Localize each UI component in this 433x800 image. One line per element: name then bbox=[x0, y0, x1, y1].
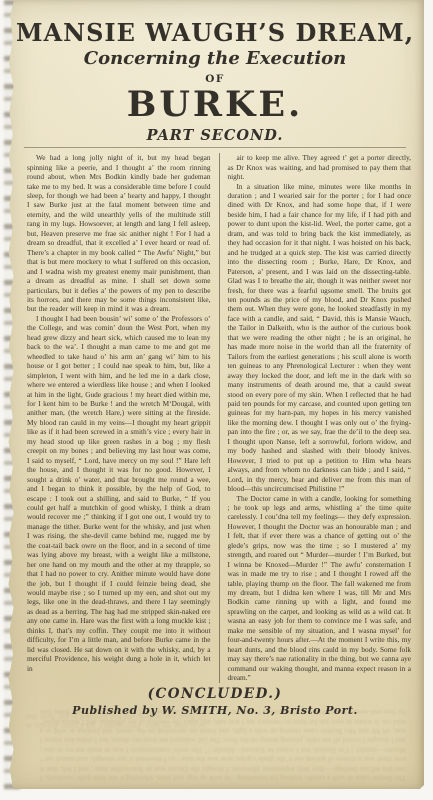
text-columns: We had a long jolly night of it, but my … bbox=[6, 148, 424, 682]
page-title: MANSIE WAUGH’S DREAM, bbox=[6, 20, 424, 45]
footer: (CONCLUDED.) Published by W. SMITH, No. … bbox=[6, 686, 424, 717]
left-column: We had a long jolly night of it, but my … bbox=[27, 153, 220, 682]
paragraph: We had a long jolly night of it, but my … bbox=[27, 153, 211, 314]
imprint-line: Published by W. SMITH, No. 3, Bristo Por… bbox=[6, 704, 424, 717]
title-burke: BURKE. bbox=[6, 87, 424, 122]
paragraph: air to keep me alive. They agreed t’ get… bbox=[228, 153, 412, 181]
broadside-page: MANSIE WAUGH’S DREAM, Concerning the Exe… bbox=[6, 0, 424, 789]
part-heading: PART SECOND. bbox=[6, 127, 424, 144]
right-column: air to keep me alive. They agreed t’ get… bbox=[220, 153, 412, 682]
paragraph: I thought I had been bousin’ wi’ some o’… bbox=[27, 314, 211, 673]
concluded-label: (CONCLUDED.) bbox=[6, 686, 424, 702]
masthead: MANSIE WAUGH’S DREAM, Concerning the Exe… bbox=[6, 0, 424, 148]
paragraph: In a situation like mine, minutes were l… bbox=[228, 182, 412, 494]
page-subtitle-italic: Concerning the Execution bbox=[6, 48, 424, 69]
bleed-through-text: The Doctor came in with a candle, lookin… bbox=[40, 705, 406, 783]
paragraph: The Doctor came in with a candle, lookin… bbox=[228, 494, 412, 683]
